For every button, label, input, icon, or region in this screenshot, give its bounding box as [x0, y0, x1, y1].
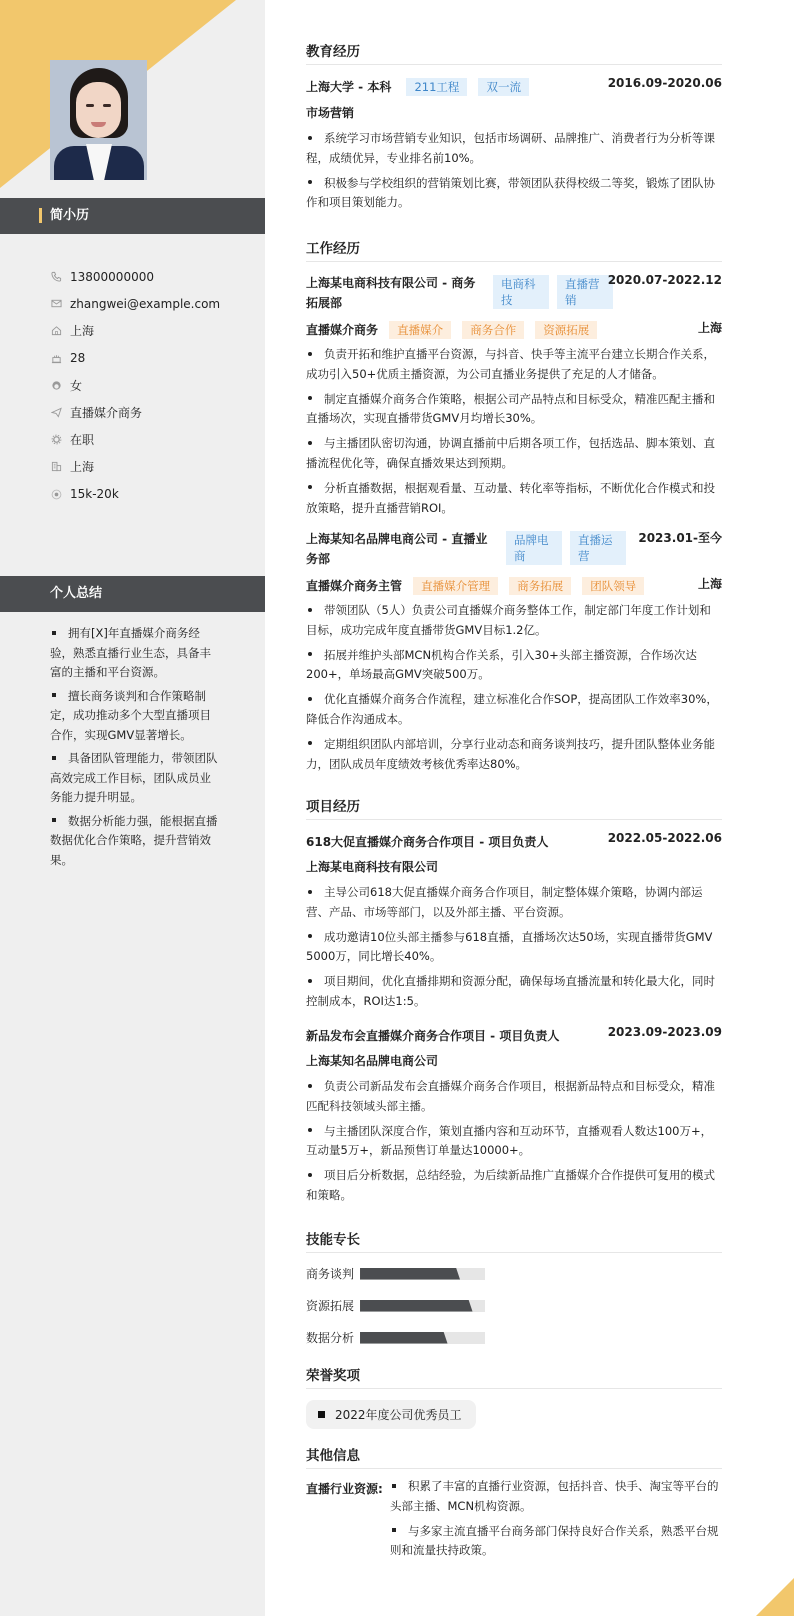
role-row: 直播媒介商务 直播媒介 商务合作 资源拓展 上海: [306, 319, 722, 339]
school-tag: 双一流: [478, 78, 529, 96]
contact-city: 上海: [50, 453, 260, 480]
bullet-item: 拓展并维护头部MCN机构合作关系，引入30+头部主播资源，合作场次达200+，单…: [306, 646, 722, 686]
other-bullets: 积累了丰富的直播行业资源，包括抖音、快手、淘宝等平台的头部主播、MCN机构资源。…: [390, 1477, 722, 1566]
project-name: 618大促直播媒介商务合作项目 - 项目负责人: [306, 835, 548, 849]
role-tag: 商务拓展: [509, 577, 571, 595]
contact-status: 在职: [50, 426, 260, 453]
age-icon: [50, 352, 62, 364]
company-tag: 直播营销: [557, 275, 613, 309]
bullet-item: 主导公司618大促直播媒介商务合作项目，制定整体媒介策略，协调内部运营、产品、市…: [306, 883, 722, 923]
job-location: 上海: [698, 319, 722, 336]
role-tag: 团队领导: [582, 577, 644, 595]
section-title-education: 教育经历: [306, 40, 722, 65]
project-bullets: 负责公司新品发布会直播媒介商务合作项目，根据新品特点和目标受众，精准匹配科技领域…: [306, 1077, 722, 1211]
project-name: 新品发布会直播媒介商务合作项目 - 项目负责人: [306, 1029, 559, 1043]
square-bullet-icon: [318, 1411, 325, 1418]
email-icon: [50, 298, 62, 310]
summary-item: 擅长商务谈判和合作策略制定，成功推动多个大型直播项目合作，实现GMV显著增长。: [50, 687, 218, 746]
role-title: 直播媒介商务主管: [306, 579, 402, 593]
summary-title: 个人总结: [50, 586, 102, 601]
company-tag: 直播运营: [570, 531, 626, 565]
company-name: 上海某电商科技有限公司 - 商务拓展部: [306, 273, 486, 313]
bullet-item: 积极参与学校组织的营销策划比赛，带领团队获得校级二等奖，锻炼了团队协作和项目策划…: [306, 174, 722, 214]
company-tag: 品牌电商: [506, 531, 562, 565]
bullet-item: 优化直播媒介商务合作流程，建立标准化合作SOP，提高团队工作效率30%，降低合作…: [306, 690, 722, 730]
award-item: 2022年度公司优秀员工: [306, 1400, 476, 1429]
skill-fill: [360, 1332, 448, 1344]
project-company: 上海某电商科技有限公司: [306, 858, 722, 875]
bullet-item: 项目期间，优化直播排期和资源分配，确保每场直播流量和转化最大化，同时控制成本，R…: [306, 972, 722, 1012]
summary-item: 数据分析能力强，能根据直播数据优化合作策略，提升营销效果。: [50, 812, 218, 871]
resume-title-banner: 简小历: [0, 198, 265, 234]
salary-icon: [50, 488, 62, 500]
section-title-work: 工作经历: [306, 237, 722, 262]
contact-position: 直播媒介商务: [50, 399, 260, 426]
job-date: 2020.07-2022.12: [608, 273, 722, 287]
contact-salary: 15k-20k: [50, 481, 260, 508]
role-tag: 商务合作: [462, 321, 524, 339]
major: 市场营销: [306, 104, 722, 121]
bullet-item: 负责公司新品发布会直播媒介商务合作项目，根据新品特点和目标受众，精准匹配科技领域…: [306, 1077, 722, 1117]
role-title: 直播媒介商务: [306, 323, 378, 337]
bullet-item: 制定直播媒介商务合作策略，根据公司产品特点和目标受众，精准匹配主播和直播场次，实…: [306, 390, 722, 430]
phone-icon: [50, 271, 62, 283]
bullet-item: 分析直播数据，根据观看量、互动量、转化率等指标，不断优化合作模式和投放策略，提升…: [306, 479, 722, 519]
status-icon: [50, 434, 62, 446]
home-icon: [50, 325, 62, 337]
gender-icon: [50, 379, 62, 391]
skill-fill: [360, 1300, 473, 1312]
education-bullets: 系统学习市场营销专业知识，包括市场调研、品牌推广、消费者行为分析等课程，成绩优异…: [306, 129, 722, 218]
project-header: 新品发布会直播媒介商务合作项目 - 项目负责人 2023.09-2023.09: [306, 1025, 722, 1044]
skill-row: 资源拓展: [306, 1297, 485, 1314]
resume-title: 简小历: [50, 208, 89, 223]
project-company: 上海某知名品牌电商公司: [306, 1052, 722, 1069]
skill-row: 商务谈判: [306, 1265, 485, 1282]
other-label: 直播行业资源:: [306, 1480, 383, 1497]
contact-email: zhangwei@example.com: [50, 290, 260, 317]
project-date: 2023.09-2023.09: [608, 1025, 722, 1039]
role-row: 直播媒介商务主管 直播媒介管理 商务拓展 团队领导 上海: [306, 575, 722, 595]
contact-home: 上海: [50, 317, 260, 344]
bullet-item: 负责开拓和维护直播平台资源，与抖音、快手等主流平台建立长期合作关系，成功引入50…: [306, 345, 722, 385]
skill-bar: [360, 1300, 485, 1312]
job-bullets: 负责开拓和维护直播平台资源，与抖音、快手等主流平台建立长期合作关系，成功引入50…: [306, 345, 722, 523]
bullet-item: 积累了丰富的直播行业资源，包括抖音、快手、淘宝等平台的头部主播、MCN机构资源。: [390, 1477, 722, 1517]
contact-age: 28: [50, 345, 260, 372]
skill-bar: [360, 1268, 485, 1280]
bullet-item: 与多家主流直播平台商务部门保持良好合作关系，熟悉平台规则和流量扶持政策。: [390, 1522, 722, 1562]
bullet-item: 项目后分析数据，总结经验，为后续新品推广直播媒介合作提供可复用的模式和策略。: [306, 1166, 722, 1206]
section-title-awards: 荣誉奖项: [306, 1364, 722, 1389]
avatar: [50, 60, 147, 180]
role-tag: 直播媒介: [389, 321, 451, 339]
section-title-skills: 技能专长: [306, 1228, 722, 1253]
company-tag: 电商科技: [493, 275, 549, 309]
school-name: 上海大学 - 本科: [306, 80, 391, 94]
contact-list: 13800000000 zhangwei@example.com 上海 28 女…: [50, 263, 260, 508]
job-date: 2023.01-至今: [638, 529, 722, 546]
bullet-item: 成功邀请10位头部主播参与618直播，直播场次达50场，实现直播带货GMV 50…: [306, 928, 722, 968]
role-tag: 直播媒介管理: [413, 577, 498, 595]
summary-item: 具备团队管理能力，带领团队高效完成工作目标，团队成员业务能力提升明显。: [50, 749, 218, 808]
bullet-item: 与主播团队密切沟通，协调直播前中后期各项工作，包括选品、脚本策划、直播流程优化等…: [306, 434, 722, 474]
skill-bar: [360, 1332, 485, 1344]
bullet-item: 定期组织团队内部培训，分享行业动态和商务谈判技巧，提升团队整体业务能力，团队成员…: [306, 735, 722, 775]
education-header: 上海大学 - 本科 211工程 双一流 2016.09-2020.06: [306, 76, 722, 96]
city-icon: [50, 461, 62, 473]
accent-corner: [756, 1578, 794, 1616]
job-bullets: 带领团队（5人）负责公司直播媒介商务整体工作，制定部门年度工作计划和目标，成功完…: [306, 601, 722, 779]
skill-name: 资源拓展: [306, 1297, 354, 1314]
education-date: 2016.09-2020.06: [608, 76, 722, 90]
project-header: 618大促直播媒介商务合作项目 - 项目负责人 2022.05-2022.06: [306, 831, 722, 850]
section-title-projects: 项目经历: [306, 795, 722, 820]
accent-bar: [39, 208, 42, 223]
job-header: 上海某电商科技有限公司 - 商务拓展部 电商科技 直播营销 2020.07-20…: [306, 273, 722, 313]
summary-item: 拥有[X]年直播媒介商务经验，熟悉直播行业生态，具备丰富的主播和平台资源。: [50, 624, 218, 683]
skill-row: 数据分析: [306, 1329, 485, 1346]
role-tag: 资源拓展: [535, 321, 597, 339]
skill-name: 数据分析: [306, 1329, 354, 1346]
job-header: 上海某知名品牌电商公司 - 直播业务部 品牌电商 直播运营 2023.01-至今: [306, 529, 722, 569]
bullet-item: 带领团队（5人）负责公司直播媒介商务整体工作，制定部门年度工作计划和目标，成功完…: [306, 601, 722, 641]
company-name: 上海某知名品牌电商公司 - 直播业务部: [306, 529, 496, 569]
job-location: 上海: [698, 575, 722, 592]
bullet-item: 系统学习市场营销专业知识，包括市场调研、品牌推广、消费者行为分析等课程，成绩优异…: [306, 129, 722, 169]
school-tag: 211工程: [406, 78, 467, 96]
summary-list: 拥有[X]年直播媒介商务经验，熟悉直播行业生态，具备丰富的主播和平台资源。 擅长…: [50, 624, 218, 874]
project-date: 2022.05-2022.06: [608, 831, 722, 845]
skill-name: 商务谈判: [306, 1265, 354, 1282]
sidebar: 简小历 13800000000 zhangwei@example.com 上海 …: [0, 0, 265, 1616]
contact-gender: 女: [50, 372, 260, 399]
skill-fill: [360, 1268, 460, 1280]
project-bullets: 主导公司618大促直播媒介商务合作项目，制定整体媒介策略，协调内部运营、产品、市…: [306, 883, 722, 1017]
section-title-other: 其他信息: [306, 1444, 722, 1469]
contact-phone: 13800000000: [50, 263, 260, 290]
position-icon: [50, 407, 62, 419]
bullet-item: 与主播团队深度合作，策划直播内容和互动环节，直播观看人数达100万+，互动量5万…: [306, 1122, 722, 1162]
summary-banner: 个人总结: [0, 576, 265, 612]
